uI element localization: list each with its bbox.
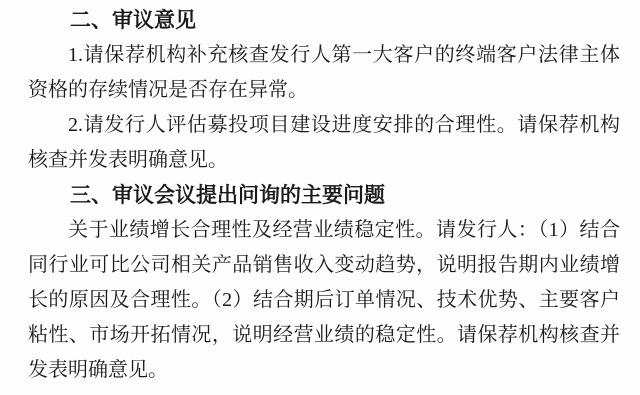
paragraph-review-item-1: 1.请保荐机构补充核查发行人第一大客户的终端客户法律主体资格的存续情况是否存在异… [28,38,620,108]
document-page: 二、审议意见 1.请保荐机构补充核查发行人第一大客户的终端客户法律主体资格的存续… [0,0,640,395]
section-heading-inquiry-questions: 三、审议会议提出问询的主要问题 [28,178,620,213]
section-heading-review-opinions: 二、审议意见 [28,3,620,38]
paragraph-review-item-2: 2.请发行人评估募投项目建设进度安排的合理性。请保荐机构核查并发表明确意见。 [28,108,620,178]
paragraph-inquiry-question-1: 关于业绩增长合理性及经营业绩稳定性。请发行人：（1）结合同行业可比公司相关产品销… [28,213,620,388]
